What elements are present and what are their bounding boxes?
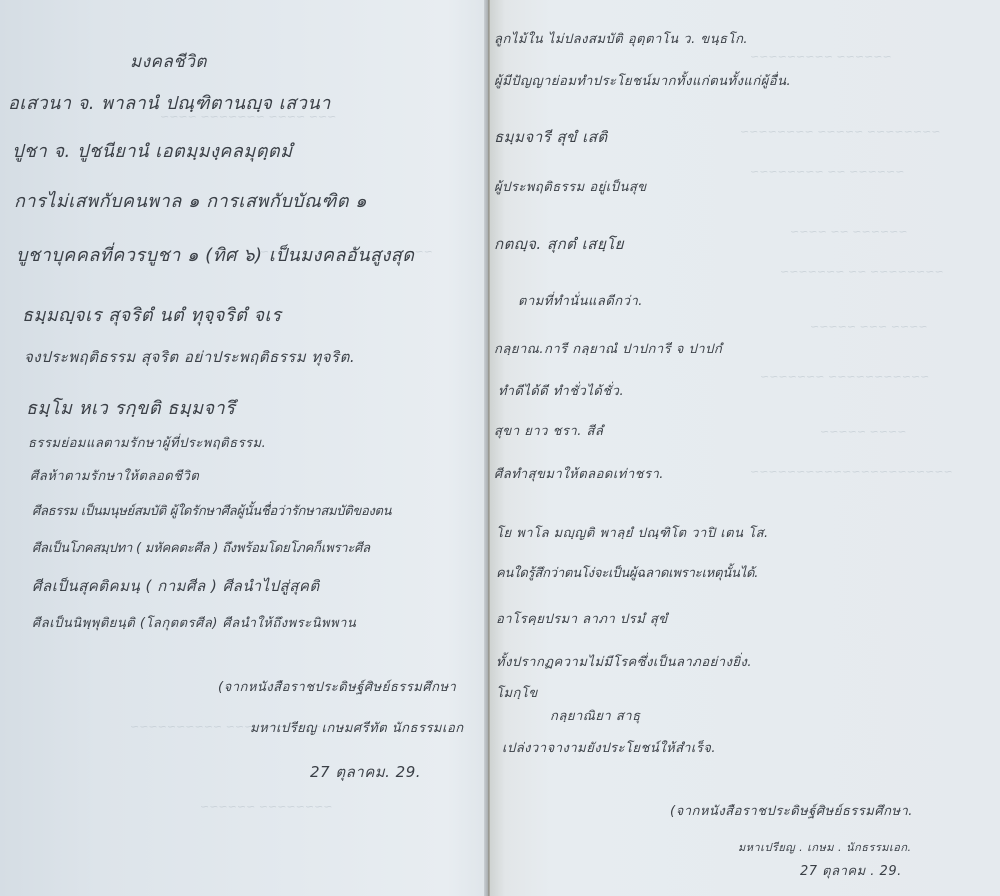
bleed-through-text: ~~~~~~ ~~ ~~~~~~~~ [750,165,904,178]
bleed-through-text: ~~~~~~ ~~~~~~~~~ [750,50,892,63]
text-line: ศีลเป็นสุคติคมนฺ ( กามศีล ) ศีลนำไปสู่สุ… [32,574,320,598]
text-line: ตามที่ทำนั่นแลดีกว่า. [518,290,643,311]
text-line: กลฺยาณ.การี กลฺยาณํ ปาปการี จ ปาปกํ [494,338,722,359]
text-line: ศีลทำสุขมาให้ตลอดเท่าชรา. [494,463,664,484]
text-line: ศีลธรรม เป็นมนุษย์สมบัติ ผู้ใดรักษาศีลผู… [32,500,391,521]
left-page: ~~~ ~~~~ ~~~~~~~ ~~~~ ~~~~~~ ~~~~~~~~~ ~… [0,0,486,896]
source-citation: (จากหนังสือราชประดิษฐ์ศิษย์ธรรมศึกษา [218,676,456,697]
signature: มหาเปรียญ . เกษม . นักธรรมเอก. [738,838,912,856]
bleed-through-text: ~~~~~~~~ ~~~~~~ [200,800,333,813]
signature: มหาเปรียญ เกษมศรีทัต นักธรรมเอก [250,717,464,738]
text-line: กตญฺจ. สุกตํ เสยฺโย [494,232,624,256]
bleed-through-text: ~~~~~~~~~~~~~~~~~~~~~~ [750,465,953,478]
text-line: คนใดรู้สึกว่าตนโง่จะเป็นผู้ฉลาดเพราะเหตุ… [496,562,758,583]
text-line: ศีลเป็นนิพฺพุติยนฺติ (โลกุตตรศีล) ศีลนำใ… [32,612,356,633]
right-page: ~~~~~~ ~~~~~~~~~ ~~~~~~~~ ~~~~~ ~~~~~~~~… [490,0,1000,896]
text-line: สุขา ยาว ชรา. สีลํ [494,420,603,441]
bleed-through-text: ~~~~~~~~~~~ ~~~~~~~ [760,370,929,383]
bleed-through-text: ~~~~~~~~ ~~ ~~~~~~~ [780,265,944,278]
text-line: ธรรมย่อมแลตามรักษาผู้ที่ประพฤติธรรม. [28,432,266,453]
text-line: ธมฺมจารี สุขํ เสติ [494,125,608,149]
text-line: โมกฺโข [496,682,538,703]
text-line: กลฺยาณิยา สาธุ [550,705,641,726]
text-line: ผู้มีปัญญาย่อมทำประโยชน์มากทั้งแก่ตนทั้ง… [494,70,791,91]
bleed-through-text: ~~~~~~~~ ~~~~~ ~~~~~~~~ [740,125,941,138]
text-line: อาโรคฺยปรมา ลาภา ปรมํ สุขํ [496,608,668,629]
bleed-through-text: ~~~~ ~~~ ~~~~~ [810,320,928,333]
text-line: ทั้งปรากฏความไม่มีโรคซึ่งเป็นลาภอย่างยิ่… [496,651,752,672]
text-line: ปูชา จ. ปูชนียานํ เอตมฺมงฺคลมุตฺตมํ [12,136,292,165]
text-line: ธมฺมญฺจเร สุจริตํ นตํ ทุจฺจริตํ จเร [22,300,281,329]
text-line: ศีลห้าตามรักษาให้ตลอดชีวิต [30,465,199,486]
text-line: เปล่งวาจางามยังประโยชน์ให้สำเร็จ. [502,737,716,758]
text-line: ธมฺโม หเว รกฺขติ ธมฺมจารึ [26,393,235,422]
text-line: โย พาโล มญฺญติ พาลฺยํ ปณฺฑิโต วาปิ เตน โ… [496,522,769,543]
source-citation: (จากหนังสือราชประดิษฐ์ศิษย์ธรรมศึกษา. [670,800,913,821]
bleed-through-text: ~~~~ ~~~~~ [820,425,906,438]
text-line: ศีลเป็นโภคสมฺปทา ( มหัคคตะศีล ) ถึงพร้อม… [32,537,370,558]
text-line: ทำดีได้ดี ทำชั่วได้ชั่ว. [498,380,624,401]
text-line: ผู้ประพฤติธรรม อยู่เป็นสุข [494,176,647,197]
date: 27 ตุลาคม . 29. [800,860,902,881]
text-line: อเสวนา จ. พาลานํ ปณฺฑิตานญฺจ เสวนา [8,88,331,117]
text-line: จงประพฤติธรรม สุจริต อย่าประพฤติธรรม ทุจ… [24,345,355,369]
page-title: มงคลชีวิต [130,48,207,75]
bleed-through-text: ~~~~~~ ~~ ~~~~ [790,225,908,238]
text-line: การไม่เสพกับคนพาล ๑ การเสพกับบัณฑิต ๑ [14,186,367,215]
text-line: ลูกไม้ใน ไม่ปลงสมบัติ อุตฺตาโน ว. ขนฺธโก… [494,28,748,49]
date: 27 ตุลาคม. 29. [310,760,421,784]
text-line: บูชาบุคคลที่ควรบูชา ๑ (ทิศ ๖) เป็นมงคลอั… [16,240,414,269]
